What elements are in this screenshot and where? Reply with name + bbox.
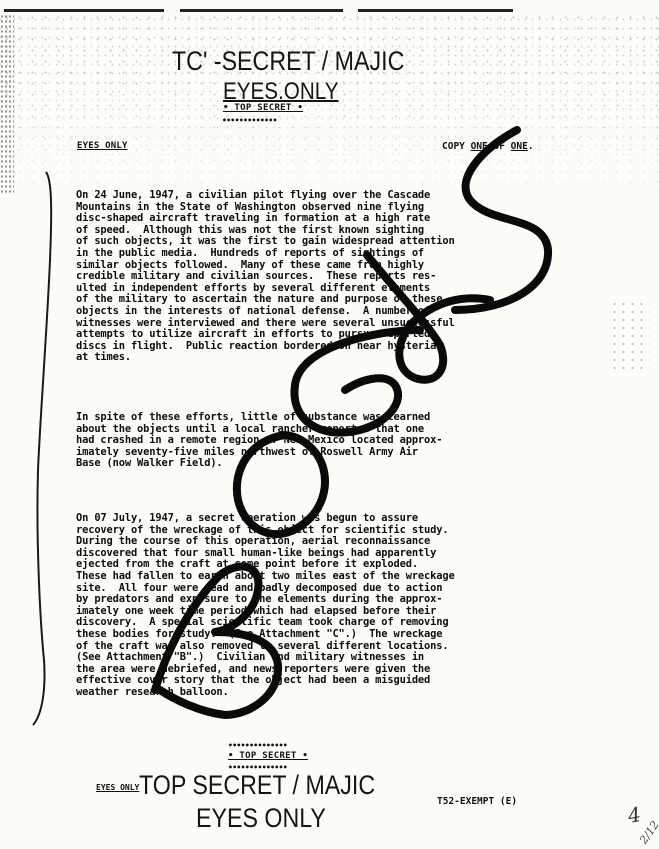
document-page: TC' -SECRET / MAJIC EYES.ONLY • TOP SECR… (0, 0, 659, 849)
margin-bracket-line (0, 0, 659, 849)
